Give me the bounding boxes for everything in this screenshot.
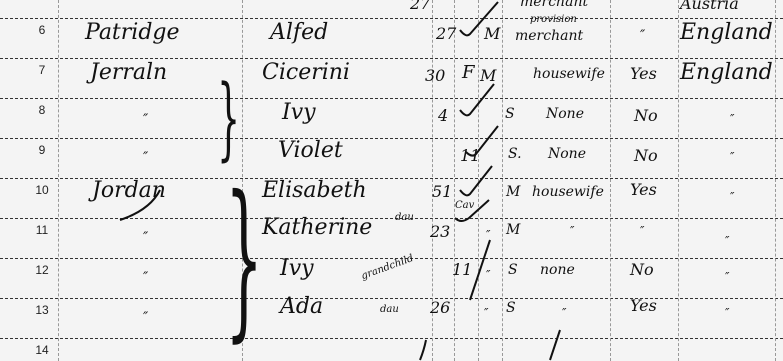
- handwritten-marks: [0, 0, 783, 361]
